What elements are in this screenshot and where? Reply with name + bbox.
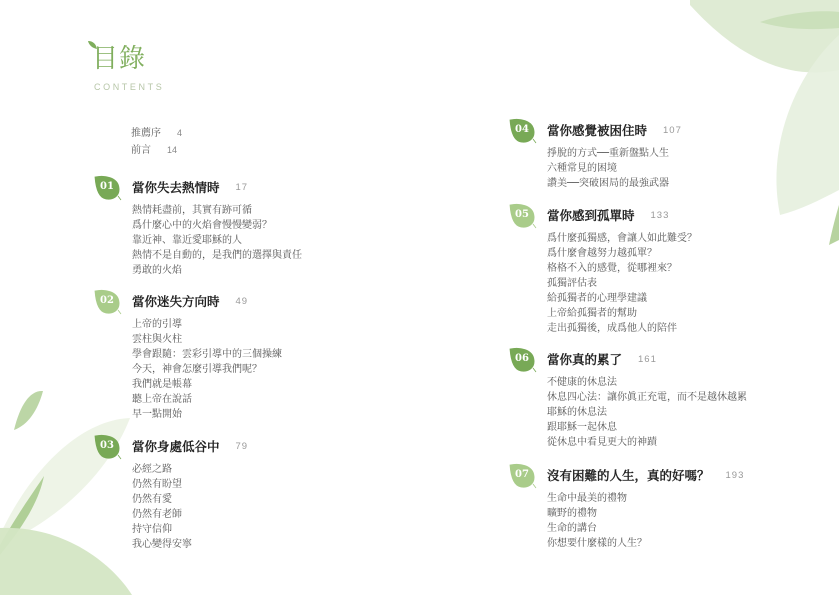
chapter-number: 05 (509, 203, 535, 227)
toc-header: 目錄 CONTENTS (92, 44, 164, 92)
chapter-05: 05 當你感到孤單時 133 爲什麼孤獨感，會讓人如此難受？ 爲什麼會越努力越孤… (509, 203, 697, 336)
chapter-title: 當你迷失方向時 (132, 292, 220, 310)
chapter-02: 02 當你迷失方向時 49 上帝的引導 雲柱與火柱 學會跟隨：雲彩引導中的三個操… (94, 289, 282, 422)
chapter-badge: 07 (509, 463, 535, 487)
chapter-number: 03 (94, 434, 120, 458)
section-item[interactable]: 我們就是帳幕 (132, 377, 282, 392)
section-item[interactable]: 不健康的休息法 (547, 375, 747, 390)
section-item[interactable]: 孤獨評估表 (547, 276, 697, 291)
section-item[interactable]: 勇敢的火焰 (132, 263, 302, 278)
chapter-title: 當你失去熱情時 (132, 178, 220, 196)
front-matter-label: 推薦序 (131, 128, 161, 139)
chapter-heading[interactable]: 01 當你失去熱情時 17 (94, 175, 302, 199)
section-item[interactable]: 今天，神會怎麼引導我們呢？ (132, 362, 282, 377)
leaf-top-right-3 (776, 35, 839, 215)
section-item[interactable]: 生命中最美的禮物 (547, 491, 744, 506)
leaf-top-right-2 (760, 11, 839, 29)
chapter-badge: 06 (509, 347, 535, 371)
front-matter-page: 14 (167, 145, 177, 155)
chapter-badge: 01 (94, 175, 120, 199)
section-item[interactable]: 耶穌的休息法 (547, 405, 747, 420)
chapter-badge: 04 (509, 118, 535, 142)
chapter-page: 161 (638, 354, 657, 365)
page-title: 目錄 (92, 44, 164, 74)
chapter-heading[interactable]: 07 沒有困難的人生，真的好嗎？ 193 (509, 463, 744, 487)
section-item[interactable]: 六種常見的困境 (547, 161, 682, 176)
chapter-badge: 02 (94, 289, 120, 313)
chapter-title: 當你身處低谷中 (132, 437, 220, 455)
section-item[interactable]: 從休息中看見更大的神蹟 (547, 435, 747, 450)
chapter-page: 133 (651, 210, 670, 221)
section-item[interactable]: 爲什麼會越努力越孤單？ (547, 246, 697, 261)
section-item[interactable]: 熱情不是自動的，是我們的選擇與責任 (132, 248, 302, 263)
front-matter-label: 前言 (131, 145, 151, 156)
chapter-page: 79 (236, 441, 249, 452)
section-item[interactable]: 休息四心法：讓你眞正充電，而不是越休越累 (547, 390, 747, 405)
leaf-bottom-left-3 (0, 476, 44, 555)
section-item[interactable]: 跟耶穌一起休息 (547, 420, 747, 435)
chapter-title: 當你真的累了 (547, 350, 622, 368)
chapter-heading[interactable]: 05 當你感到孤單時 133 (509, 203, 697, 227)
section-item[interactable]: 上帝的引導 (132, 317, 282, 332)
chapter-page: 17 (236, 182, 249, 193)
section-item[interactable]: 你想要什麼樣的人生？ (547, 536, 744, 551)
chapter-heading[interactable]: 06 當你真的累了 161 (509, 347, 747, 371)
chapter-number: 04 (509, 118, 535, 142)
chapter-title: 沒有困難的人生，真的好嗎？ (547, 466, 710, 484)
chapter-number: 07 (509, 463, 535, 487)
chapter-page: 193 (726, 470, 745, 481)
chapter-number: 01 (94, 175, 120, 199)
chapter-badge: 03 (94, 434, 120, 458)
section-item[interactable]: 曠野的禮物 (547, 506, 744, 521)
chapter-03: 03 當你身處低谷中 79 必經之路 仍然有盼望 仍然有愛 仍然有老師 持守信仰… (94, 434, 248, 552)
chapter-number: 02 (94, 289, 120, 313)
chapter-number: 06 (509, 347, 535, 371)
section-item[interactable]: 早一點開始 (132, 407, 282, 422)
section-item[interactable]: 熱情耗盡前，其實有跡可循 (132, 203, 302, 218)
front-matter-item[interactable]: 推薦序4 (131, 124, 182, 139)
section-item[interactable]: 生命的講台 (547, 521, 744, 536)
section-item[interactable]: 仍然有愛 (132, 492, 248, 507)
leaf-top-right-1 (690, 0, 839, 72)
section-item[interactable]: 掙脫的方式──重新盤點人生 (547, 146, 682, 161)
sprout-icon (88, 41, 98, 49)
leaf-top-right-4 (829, 205, 839, 245)
chapter-page: 49 (236, 296, 249, 307)
front-matter-page: 4 (177, 128, 182, 138)
chapter-badge: 05 (509, 203, 535, 227)
section-item[interactable]: 上帝給孤獨者的幫助 (547, 306, 697, 321)
page-subtitle: CONTENTS (94, 82, 164, 92)
section-item[interactable]: 爲什麼心中的火焰會慢慢變弱？ (132, 218, 302, 233)
section-item[interactable]: 必經之路 (132, 462, 248, 477)
chapter-title: 當你感到孤單時 (547, 206, 635, 224)
section-item[interactable]: 聽上帝在說話 (132, 392, 282, 407)
section-item[interactable]: 走出孤獨後，成爲他人的陪伴 (547, 321, 697, 336)
section-item[interactable]: 讚美──突破困局的最強武器 (547, 176, 682, 191)
section-item[interactable]: 給孤獨者的心理學建議 (547, 291, 697, 306)
chapter-06: 06 當你真的累了 161 不健康的休息法 休息四心法：讓你眞正充電，而不是越休… (509, 347, 747, 450)
chapter-01: 01 當你失去熱情時 17 熱情耗盡前，其實有跡可循 爲什麼心中的火焰會慢慢變弱… (94, 175, 302, 278)
section-item[interactable]: 我心變得安寧 (132, 537, 248, 552)
chapter-heading[interactable]: 04 當你感覺被困住時 107 (509, 118, 682, 142)
section-item[interactable]: 持守信仰 (132, 522, 248, 537)
chapter-07: 07 沒有困難的人生，真的好嗎？ 193 生命中最美的禮物 曠野的禮物 生命的講… (509, 463, 744, 551)
leaf-bottom-left-1 (14, 391, 43, 430)
front-matter-item[interactable]: 前言14 (131, 141, 177, 156)
section-item[interactable]: 雲柱與火柱 (132, 332, 282, 347)
section-item[interactable]: 仍然有老師 (132, 507, 248, 522)
page-title-text: 目錄 (92, 44, 146, 74)
section-item[interactable]: 仍然有盼望 (132, 477, 248, 492)
chapter-page: 107 (663, 125, 682, 136)
section-item[interactable]: 爲什麼孤獨感，會讓人如此難受？ (547, 231, 697, 246)
section-item[interactable]: 學會跟隨：雲彩引導中的三個操練 (132, 347, 282, 362)
section-item[interactable]: 格格不入的感覺，從哪裡來？ (547, 261, 697, 276)
chapter-title: 當你感覺被困住時 (547, 121, 647, 139)
chapter-heading[interactable]: 02 當你迷失方向時 49 (94, 289, 282, 313)
section-item[interactable]: 靠近神、靠近愛耶穌的人 (132, 233, 302, 248)
chapter-heading[interactable]: 03 當你身處低谷中 79 (94, 434, 248, 458)
chapter-04: 04 當你感覺被困住時 107 掙脫的方式──重新盤點人生 六種常見的困境 讚美… (509, 118, 682, 191)
